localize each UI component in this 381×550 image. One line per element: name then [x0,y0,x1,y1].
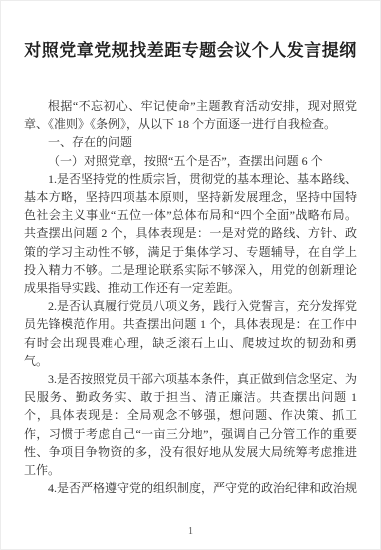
paragraph-intro: 根据“不忘初心、牢记使命”主题教育活动安排，现对照党章、《准则》《条例》，从以下… [24,97,357,133]
paragraph-item-3: 3.是否按照党员干部六项基本条件，真正做到信念坚定、为民服务、勤政务实、敢于担当… [24,370,357,479]
document-page: 对照党章党规找差距专题会议个人发言提纲 根据“不忘初心、牢记使命”主题教育活动安… [0,0,381,550]
paragraph-item-1: 1.是否坚持党的性质宗旨，贯彻党的基本理论、基本路线、基本方略，坚持四项基本原则… [24,170,357,297]
paragraph-item-2: 2.是否认真履行党员八项义务，践行入党誓言，充分发挥党员先锋模范作用。共查摆出问… [24,297,357,370]
document-body: 根据“不忘初心、牢记使命”主题教育活动安排，现对照党章、《准则》《条例》，从以下… [24,97,357,497]
document-title: 对照党章党规找差距专题会议个人发言提纲 [11,41,370,61]
heading-subsection-1: （一）对照党章，按照“五个是否”，查摆出问题 6 个 [24,152,357,170]
heading-section-1: 一、存在的问题 [24,133,357,151]
paragraph-item-4: 4.是否严格遵守党的组织制度，严守党的政治纪律和政治规 [24,479,357,497]
page-number: 1 [1,526,380,537]
